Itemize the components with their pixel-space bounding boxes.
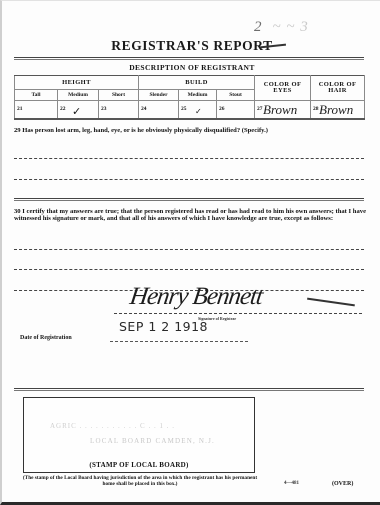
column-stout: Stout bbox=[217, 90, 255, 101]
answer-line-30-1 bbox=[14, 249, 364, 250]
column-slender: Slender bbox=[139, 90, 179, 101]
hair-color-header: COLOR OF HAIR bbox=[311, 76, 365, 101]
registration-date-label: Date of Registration bbox=[20, 335, 72, 341]
divider bbox=[14, 198, 364, 201]
column-build-medium: Medium bbox=[179, 90, 217, 101]
stamp-note: (The stamp of the Local Board having jur… bbox=[20, 475, 260, 487]
hair-color-value: Brown bbox=[319, 102, 353, 118]
signature-line bbox=[114, 313, 362, 314]
answer-line-30-2 bbox=[14, 269, 364, 270]
cell-eye-color: 27Brown bbox=[255, 101, 311, 119]
serial-mark: 2~ ~ 3 bbox=[254, 19, 309, 36]
checkmark-icon: ✓ bbox=[195, 107, 202, 116]
cell-height-medium: 22✓ bbox=[58, 101, 99, 119]
description-table: HEIGHT BUILD COLOR OF EYES COLOR OF HAIR… bbox=[14, 75, 365, 120]
stamp-label: (STAMP OF LOCAL BOARD) bbox=[23, 461, 255, 469]
divider bbox=[14, 388, 364, 391]
document-title: REGISTRAR'S REPORT bbox=[2, 38, 380, 54]
checkmark-icon: ✓ bbox=[72, 105, 81, 118]
eye-color-header: COLOR OF EYES bbox=[255, 76, 311, 101]
height-header: HEIGHT bbox=[15, 76, 139, 90]
form-number: 4—481 bbox=[284, 481, 299, 486]
section-title: DESCRIPTION OF REGISTRANT bbox=[2, 63, 380, 72]
cell-short: 23 bbox=[99, 101, 139, 119]
over-label: (OVER) bbox=[332, 481, 353, 487]
question-29: 29 Has person lost arm, leg, hand, eye, … bbox=[14, 127, 366, 134]
answer-line-29-1 bbox=[14, 158, 364, 159]
registration-date-line bbox=[110, 341, 248, 342]
stamp-impression-line-2: LOCAL BOARD CAMDEN, N.J. bbox=[90, 437, 215, 445]
eye-color-value: Brown bbox=[263, 102, 297, 118]
column-tall: Tall bbox=[15, 90, 58, 101]
stamp-impression-line-1: AGRIC . . . . . . . . . . . C . . 1 . . bbox=[50, 422, 175, 430]
divider bbox=[14, 57, 364, 60]
cell-build-medium: 25✓ bbox=[179, 101, 217, 119]
cell-slender: 24 bbox=[139, 101, 179, 119]
cell-tall: 21 bbox=[15, 101, 58, 119]
question-30: 30 I certify that my answers are true; t… bbox=[14, 208, 366, 222]
registration-date-stamp: SEP 1 2 1918 bbox=[119, 319, 208, 334]
cell-hair-color: 28Brown bbox=[311, 101, 365, 119]
signature-flourish bbox=[307, 298, 355, 306]
registration-card-back: 2~ ~ 3 REGISTRAR'S REPORT DESCRIPTION OF… bbox=[0, 0, 380, 505]
column-short: Short bbox=[99, 90, 139, 101]
cell-stout: 26 bbox=[217, 101, 255, 119]
answer-line-29-2 bbox=[14, 179, 364, 180]
build-header: BUILD bbox=[139, 76, 255, 90]
column-height-medium: Medium bbox=[58, 90, 99, 101]
registrar-signature: Henry Bennett bbox=[128, 283, 264, 311]
